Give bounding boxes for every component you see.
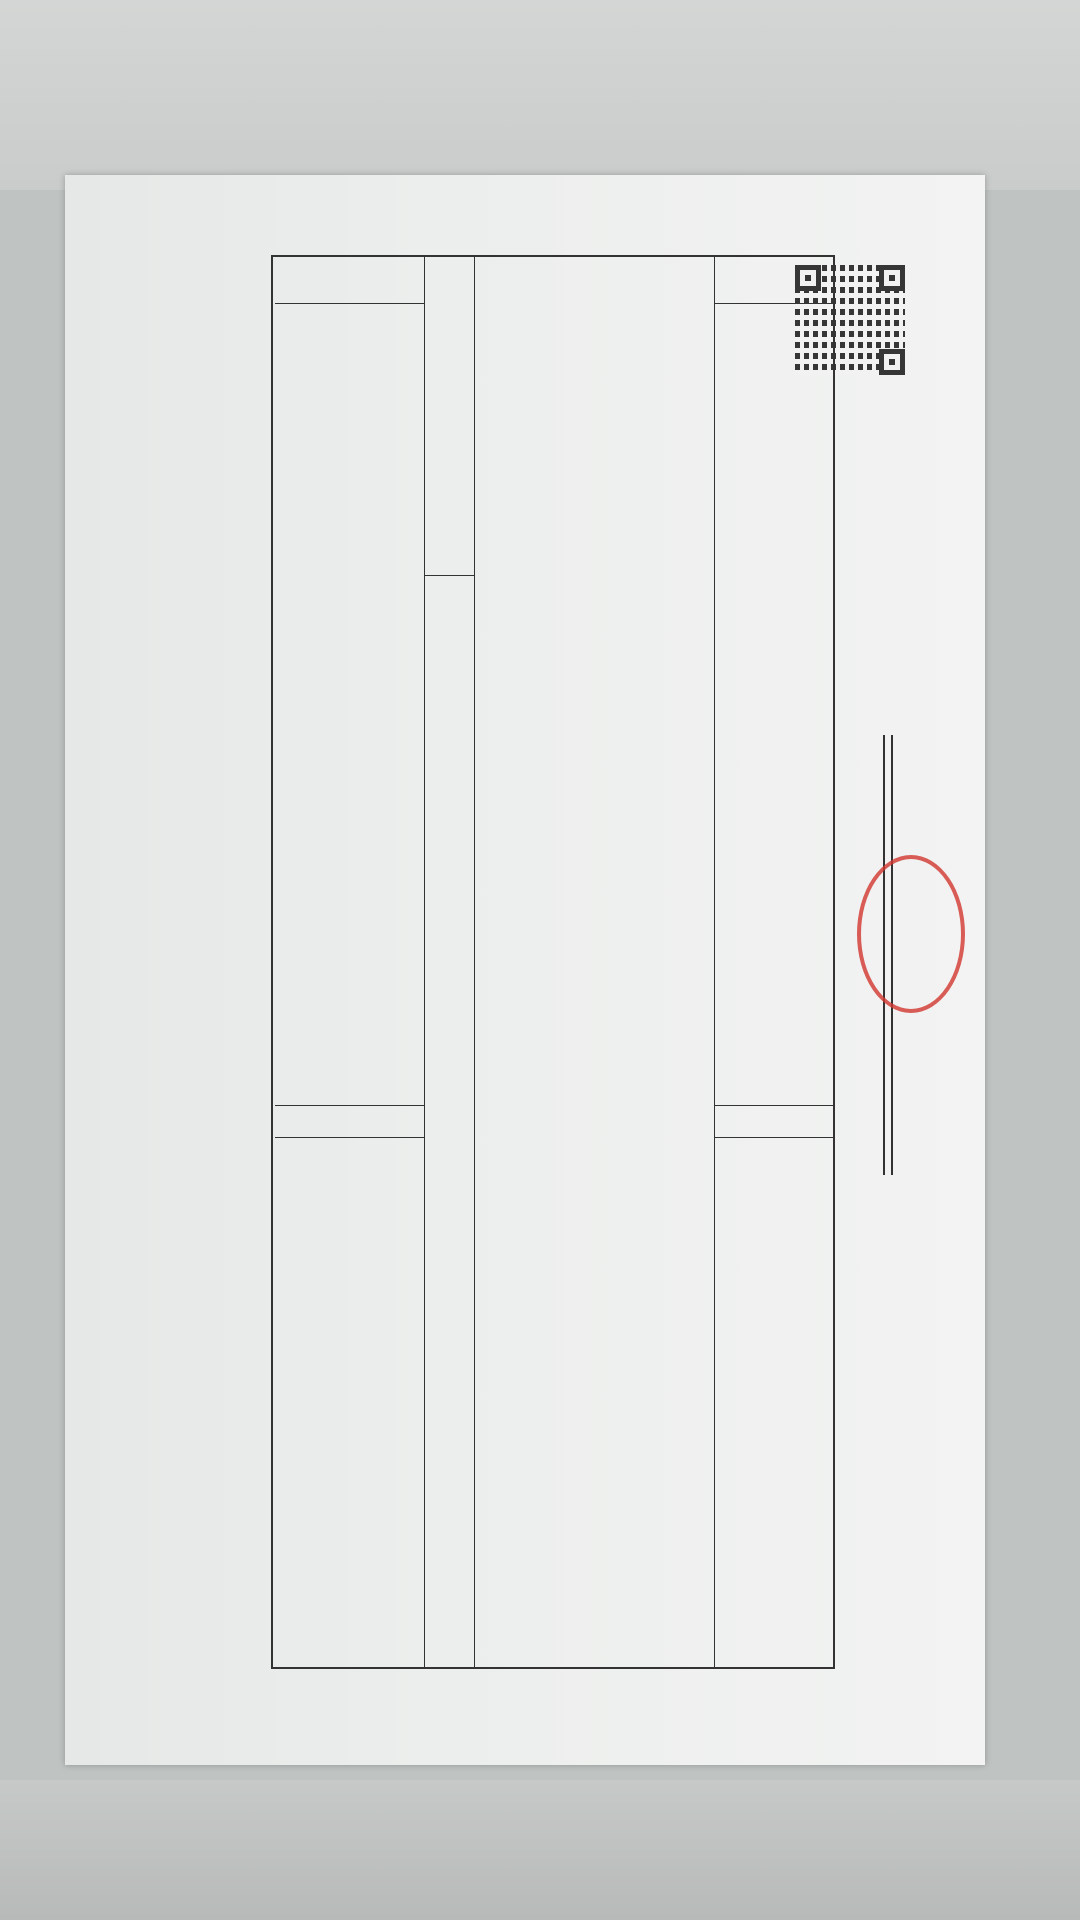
divider bbox=[424, 255, 425, 1669]
supervision-stamp bbox=[857, 855, 965, 1013]
divider bbox=[715, 1137, 835, 1138]
divider bbox=[275, 303, 425, 304]
divider bbox=[275, 1105, 425, 1106]
divider bbox=[714, 255, 715, 1669]
divider bbox=[715, 303, 835, 304]
vat-invoice-paper bbox=[65, 175, 985, 1765]
background-top bbox=[0, 0, 1080, 190]
invoice-photo bbox=[60, 170, 990, 1770]
divider bbox=[715, 1105, 835, 1106]
divider bbox=[275, 1137, 425, 1138]
divider bbox=[474, 255, 475, 1669]
background-bottom bbox=[0, 1780, 1080, 1920]
divider bbox=[425, 575, 475, 576]
invoice-table bbox=[271, 255, 835, 1669]
tractor-feed-holes-bottom bbox=[79, 175, 109, 1765]
